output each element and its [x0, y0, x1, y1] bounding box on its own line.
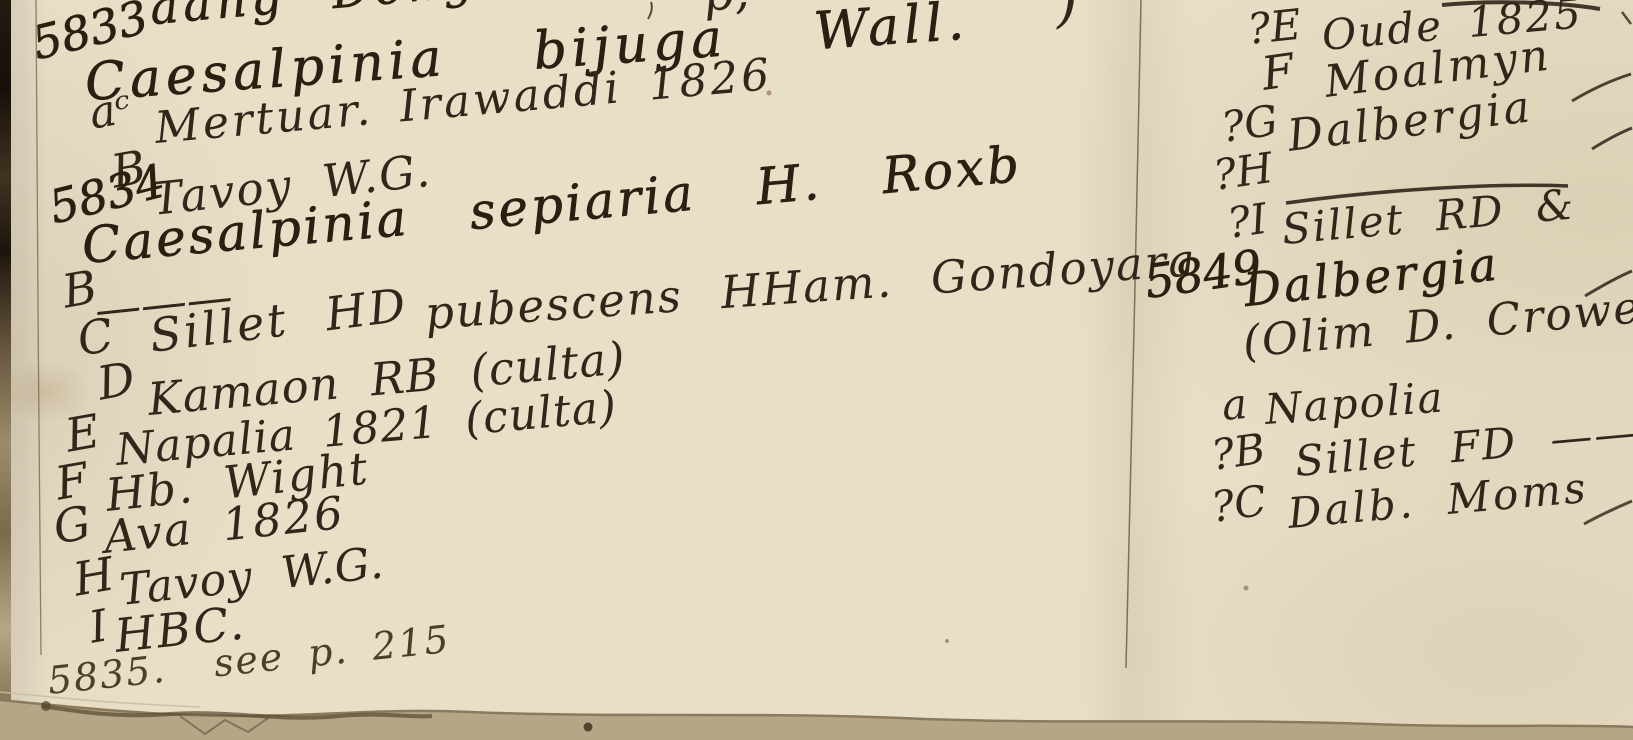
row-label: a	[1220, 382, 1249, 428]
row-label: H	[70, 549, 118, 604]
row-text: Sillet RD &	[1280, 182, 1577, 252]
row-label: F	[1259, 46, 1297, 98]
species-line-5834: Caesalpinia sepiaria H. Roxb	[80, 138, 1024, 272]
row-text: Dalbergia	[1285, 84, 1535, 160]
under-page-surface	[0, 700, 1633, 740]
manuscript-page: aang Dong 1826 p, ) 5833 Caesalpinia bij…	[0, 0, 1633, 740]
row-label: ?G	[1219, 98, 1281, 149]
row-label: D	[94, 354, 139, 408]
top-right-partial-stroke	[1622, 12, 1631, 24]
edge-cut-stroke	[1572, 74, 1631, 101]
dark-speck	[584, 723, 593, 732]
partial-top-paren: )	[1054, 0, 1079, 33]
edge-cut-stroke	[1584, 501, 1632, 524]
paper-speck	[1244, 586, 1249, 591]
margin-line	[36, 0, 41, 655]
row-label: ?I	[1225, 197, 1270, 246]
row-label: I	[86, 603, 111, 652]
column-divider-line	[1126, 0, 1141, 668]
row-label: ?C	[1209, 479, 1269, 530]
torn-edge-detail	[180, 716, 268, 734]
row-text: Napolia	[1263, 376, 1446, 433]
row-text: pubescens HHam. Gondoyara	[423, 236, 1198, 337]
paper-speck	[945, 639, 949, 643]
row-label: G	[50, 498, 95, 552]
row-label: ?H	[1211, 146, 1276, 198]
row-label: ?B	[1209, 427, 1268, 478]
book-gutter-edge	[0, 0, 11, 740]
row-label: aᶜ	[86, 85, 135, 138]
pen-squiggle-stroke	[42, 706, 432, 718]
page-bottom-edge	[0, 700, 1633, 727]
edge-cut-stroke	[1592, 128, 1632, 149]
